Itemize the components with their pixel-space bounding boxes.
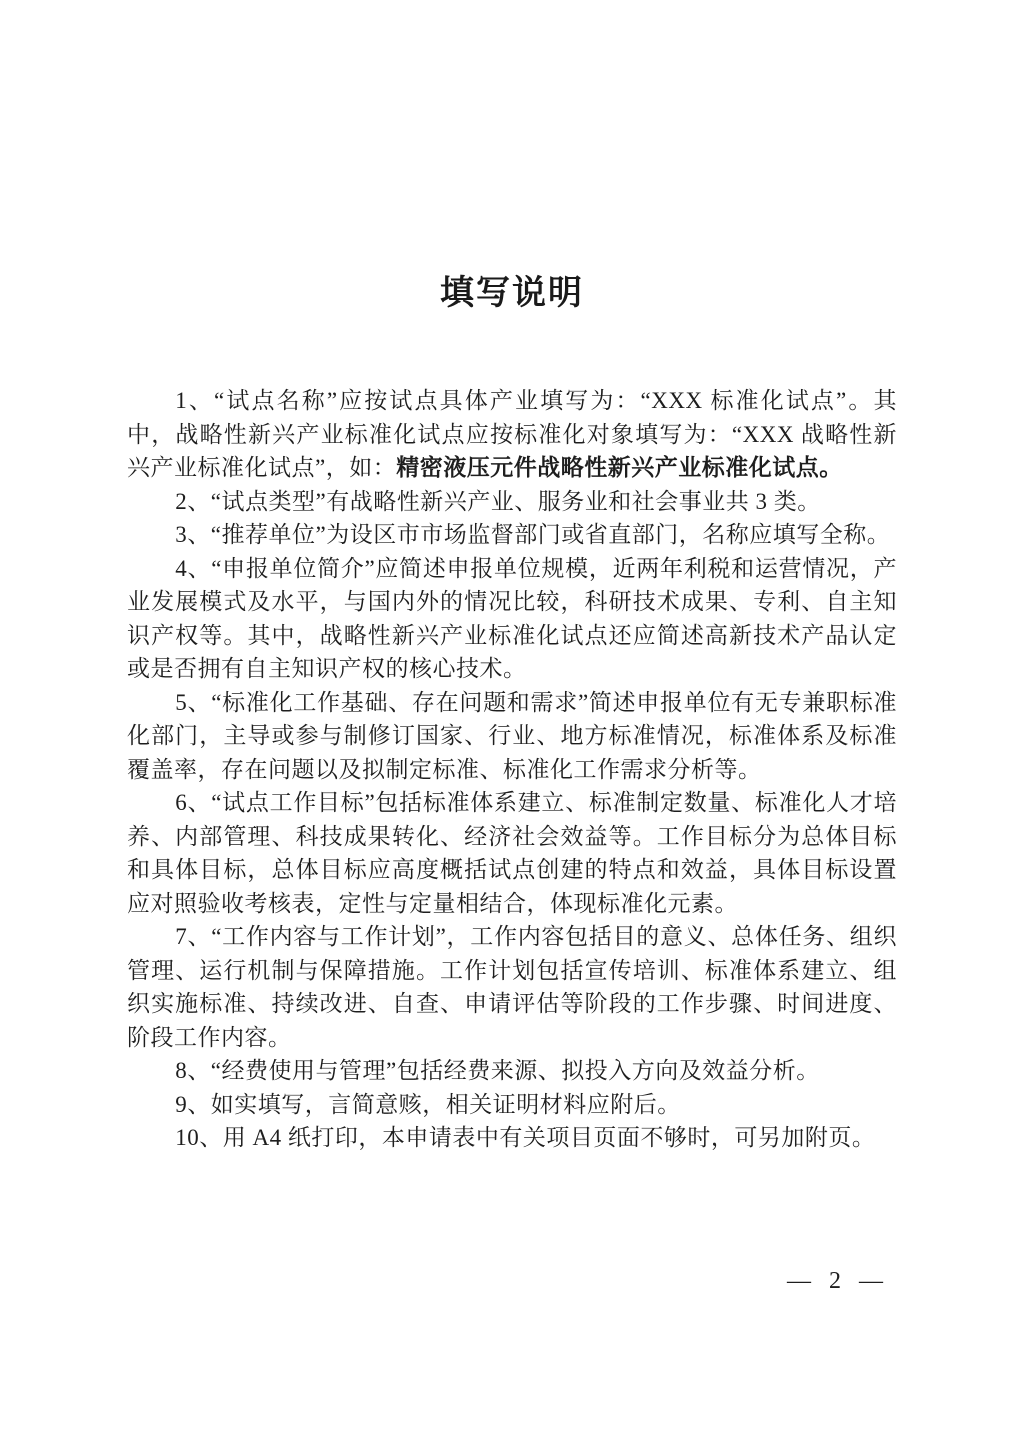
instruction-text: 10、用 A4 纸打印，本申请表中有关项目页面不够时，可另加附页。 bbox=[175, 1125, 875, 1150]
instruction-item-10: 10、用 A4 纸打印，本申请表中有关项目页面不够时，可另加附页。 bbox=[127, 1121, 897, 1155]
instruction-text: 5、“标准化工作基础、存在问题和需求”简述申报单位有无专兼职标准化部门，主导或参… bbox=[127, 690, 897, 782]
document-page: 填写说明 1、“试点名称”应按试点具体产业填写为：“XXX 标准化试点”。其中，… bbox=[0, 0, 1024, 1448]
instruction-text: 4、“申报单位简介”应简述申报单位规模，近两年利税和运营情况，产业发展模式及水平… bbox=[127, 556, 897, 682]
page-title: 填写说明 bbox=[0, 0, 1024, 314]
instruction-text: 7、“工作内容与工作计划”，工作内容包括目的意义、总体任务、组织管理、运行机制与… bbox=[127, 924, 897, 1050]
instruction-item-2: 2、“试点类型”有战略性新兴产业、服务业和社会事业共 3 类。 bbox=[127, 485, 897, 519]
instruction-item-1: 1、“试点名称”应按试点具体产业填写为：“XXX 标准化试点”。其中，战略性新兴… bbox=[127, 384, 897, 485]
instruction-text: 9、如实填写，言简意赅，相关证明材料应附后。 bbox=[175, 1092, 681, 1117]
instruction-item-3: 3、“推荐单位”为设区市市场监督部门或省直部门，名称应填写全称。 bbox=[127, 518, 897, 552]
instruction-item-9: 9、如实填写，言简意赅，相关证明材料应附后。 bbox=[127, 1088, 897, 1122]
instruction-item-8: 8、“经费使用与管理”包括经费来源、拟投入方向及效益分析。 bbox=[127, 1054, 897, 1088]
instructions-body: 1、“试点名称”应按试点具体产业填写为：“XXX 标准化试点”。其中，战略性新兴… bbox=[127, 384, 897, 1155]
instruction-text: 2、“试点类型”有战略性新兴产业、服务业和社会事业共 3 类。 bbox=[175, 489, 820, 514]
instruction-item-6: 6、“试点工作目标”包括标准体系建立、标准制定数量、标准化人才培养、内部管理、科… bbox=[127, 786, 897, 920]
instruction-text: 3、“推荐单位”为设区市市场监督部门或省直部门，名称应填写全称。 bbox=[175, 522, 890, 547]
page-number: — 2 — bbox=[787, 1268, 884, 1295]
instruction-item-5: 5、“标准化工作基础、存在问题和需求”简述申报单位有无专兼职标准化部门，主导或参… bbox=[127, 686, 897, 787]
instruction-item-7: 7、“工作内容与工作计划”，工作内容包括目的意义、总体任务、组织管理、运行机制与… bbox=[127, 920, 897, 1054]
instruction-bold-example: 精密液压元件战略性新兴产业标准化试点。 bbox=[396, 455, 843, 480]
instruction-text: 6、“试点工作目标”包括标准体系建立、标准制定数量、标准化人才培养、内部管理、科… bbox=[127, 790, 897, 916]
instruction-text: 8、“经费使用与管理”包括经费来源、拟投入方向及效益分析。 bbox=[175, 1058, 819, 1083]
instruction-item-4: 4、“申报单位简介”应简述申报单位规模，近两年利税和运营情况，产业发展模式及水平… bbox=[127, 552, 897, 686]
